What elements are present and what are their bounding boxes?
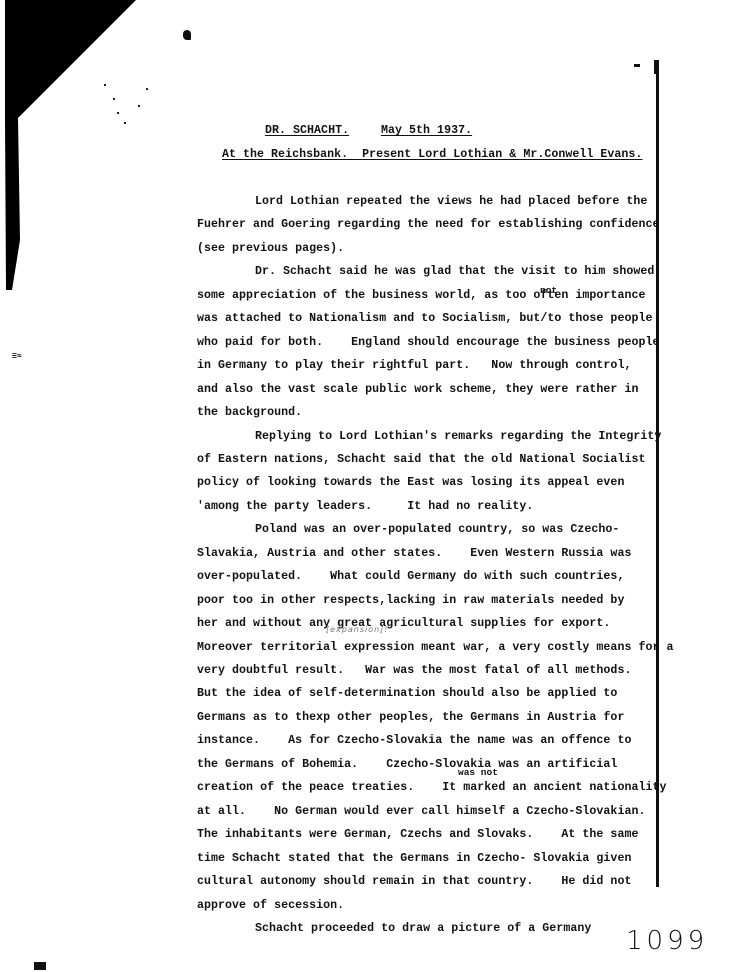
text-line: some appreciation of the business world,… (197, 289, 645, 302)
text-line: the background. (197, 406, 302, 419)
text-line: Poland was an over-populated country, so… (255, 523, 619, 536)
text-line: Lord Lothian repeated the views he had p… (255, 195, 647, 208)
text-line: approve of secession. (197, 899, 344, 912)
text-line: Fuehrer and Goering regarding the need f… (197, 218, 660, 231)
handwritten-annotation: [expansion]! (326, 625, 389, 634)
document-date: May 5th 1937. (381, 124, 472, 137)
scan-mark (34, 962, 46, 970)
text-line: The inhabitants were German, Czechs and … (197, 828, 638, 841)
text-line: Dr. Schacht said he was glad that the vi… (255, 265, 654, 278)
text-line: who paid for both. England should encour… (197, 336, 660, 349)
page-number: 1099 (626, 926, 708, 952)
text-line: instance. As for Czecho-Slovakia the nam… (197, 734, 631, 747)
text-line: was attached to Nationalism and to Socia… (197, 312, 652, 325)
text-line: over-populated. What could Germany do wi… (197, 570, 624, 583)
speck (138, 105, 140, 107)
interlinear-insertion: was not (458, 767, 498, 778)
speck (146, 88, 148, 90)
text-line: very doubtful result. War was the most f… (197, 664, 631, 677)
text-line: and also the vast scale public work sche… (197, 383, 638, 396)
text-line: creation of the peace treaties. It marke… (197, 781, 667, 794)
text-line: at all. No German would ever call himsel… (197, 805, 645, 818)
side-stamp: ≡≈ (12, 353, 22, 358)
text-line: poor too in other respects,lacking in ra… (197, 594, 624, 607)
scan-shadow-corner (0, 0, 140, 300)
text-line: in Germany to play their rightful part. … (197, 359, 631, 372)
text-line: Slavakia, Austria and other states. Even… (197, 547, 631, 560)
speck (113, 98, 115, 100)
margin-rule (656, 62, 659, 887)
text-line: of Eastern nations, Schacht said that th… (197, 453, 645, 466)
text-line: Replying to Lord Lothian's remarks regar… (255, 430, 661, 443)
text-line: her and without any great agricultural s… (197, 617, 610, 630)
text-line: But the idea of self-determination shoul… (197, 687, 617, 700)
text-line: the Germans of Bohemia. Czecho-Slovakia … (197, 758, 617, 771)
speck (104, 84, 106, 86)
interlinear-insertion: not (540, 285, 557, 296)
text-line: Moreover territorial expression meant wa… (197, 641, 674, 654)
speck (117, 112, 119, 114)
document-title: DR. SCHACHT. (265, 124, 349, 137)
text-line: (see previous pages). (197, 242, 344, 255)
text-line: cultural autonomy should remain in that … (197, 875, 631, 888)
text-line: policy of looking towards the East was l… (197, 476, 624, 489)
text-line: 'among the party leaders. It had no real… (197, 500, 533, 513)
document-subtitle: At the Reichsbank. Present Lord Lothian … (222, 148, 642, 161)
speck (124, 122, 126, 124)
text-line: Germans as to thexp other peoples, the G… (197, 711, 624, 724)
text-line: Schacht proceeded to draw a picture of a… (255, 922, 591, 935)
ink-blot (183, 30, 191, 40)
speck-right (634, 64, 640, 67)
text-line: time Schacht stated that the Germans in … (197, 852, 631, 865)
